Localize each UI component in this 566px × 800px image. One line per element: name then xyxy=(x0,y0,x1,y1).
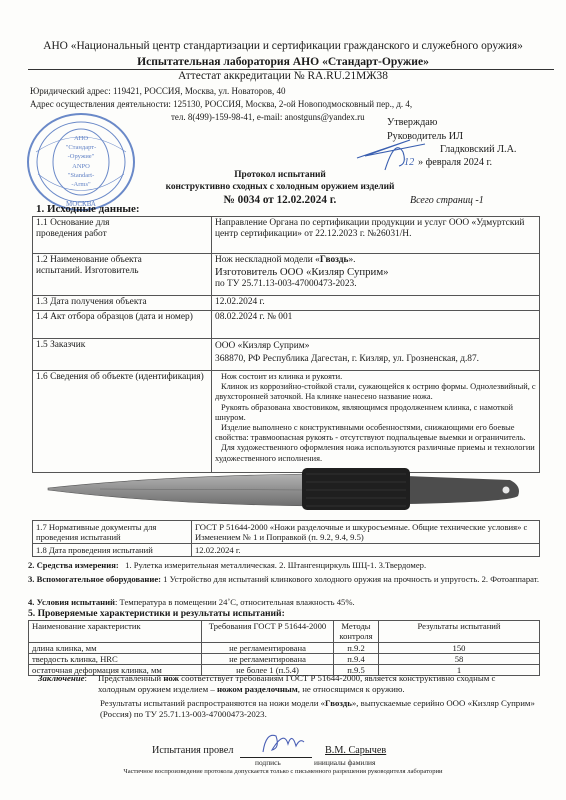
table-header-row: Наименование характеристик Требования ГО… xyxy=(29,621,540,643)
table-row: 1.6 Сведения об объекте (идентификация) … xyxy=(33,371,540,473)
row-key: 1.5 Заказчик xyxy=(33,339,212,371)
table-row: длина клинка, мм не регламентирована п.9… xyxy=(29,643,540,654)
row-key: 1.6 Сведения об объекте (идентификация) xyxy=(33,371,212,473)
cell: длина клинка, мм xyxy=(29,643,202,654)
table-row: 1.4 Акт отбора образцов (дата и номер) 0… xyxy=(33,311,540,339)
section-1-heading: 1. Исходные данные: xyxy=(36,203,140,215)
source-data-table: 1.1 Основание для проведения работ Напра… xyxy=(32,216,540,473)
row-key: 1.2 Наименование объекта испытаний. Изго… xyxy=(33,254,212,296)
laboratory-stamp-icon: АНО "Стандарт- -Оружие" ANPO "Standart- … xyxy=(26,112,136,212)
section-2: 2. Средства измерения: 1. Рулетка измери… xyxy=(28,560,558,570)
performed-by-label: Испытания провел xyxy=(152,745,233,756)
legal-address: Юридический адрес: 119421, РОССИЯ, Москв… xyxy=(30,86,285,96)
stamp-line: "Standart- xyxy=(68,172,94,179)
activity-address: Адрес осуществления деятельности: 125130… xyxy=(30,99,412,109)
performer-name: В.М. Сарычев xyxy=(325,745,386,756)
stamp-line: ANPO xyxy=(72,163,90,170)
row-key: 1.1 Основание для проведения работ xyxy=(33,217,212,254)
accreditation-number: Аттестат аккредитации № RA.RU.21МЖ38 xyxy=(0,70,566,82)
row-key: 1.8 Дата проведения испытаний xyxy=(33,544,192,557)
column-header: Методы контроля xyxy=(334,621,379,643)
table-row: 1.8 Дата проведения испытаний 12.02.2024… xyxy=(33,544,540,557)
cell: твердость клинка, HRC xyxy=(29,654,202,665)
approve-label: Утверждаю xyxy=(387,117,437,128)
table-row: твердость клинка, HRC не регламентирован… xyxy=(29,654,540,665)
section-4: 4. Условия испытаний: Температура в поме… xyxy=(28,597,558,607)
cell: п.9.4 xyxy=(334,654,379,665)
stamp-line: АНО xyxy=(74,135,88,142)
section-5-heading: 5. Проверяемые характеристики и результа… xyxy=(28,608,285,619)
performer-signature-icon xyxy=(258,728,308,758)
column-header: Требования ГОСТ Р 51644-2000 xyxy=(202,621,334,643)
name-caption: инициалы фамилия xyxy=(314,758,375,767)
conclusion-scope: Результаты испытаний распространяются на… xyxy=(100,698,540,721)
approver-signature-icon xyxy=(355,130,445,175)
row-value: 12.02.2024 г. xyxy=(212,296,540,311)
stamp-line: "Стандарт- xyxy=(66,144,97,151)
table-row: 1.5 Заказчик ООО «Кизляр Суприм» 368870,… xyxy=(33,339,540,371)
table-row: 1.2 Наименование объекта испытаний. Изго… xyxy=(33,254,540,296)
stamp-line: -Arms" xyxy=(71,181,91,188)
section-3: 3. Вспомогательное оборудование: 1 Устро… xyxy=(28,574,558,584)
conclusion-label: Заключение: xyxy=(38,673,87,684)
organization-name: АНО «Национальный центр стандартизации и… xyxy=(0,40,566,52)
protocol-subtitle: конструктивно сходных с холодным оружием… xyxy=(130,182,430,192)
row-value: 08.02.2024 г. № 001 xyxy=(212,311,540,339)
total-pages: Всего страниц -1 xyxy=(410,195,484,206)
contacts: тел. 8(499)-159-98-41, e-mail: anostguns… xyxy=(171,112,365,122)
laboratory-name: Испытательная лаборатория АНО «Стандарт-… xyxy=(0,55,566,68)
row-value: Нож нескладной модели «Гвоздь». Изготови… xyxy=(212,254,540,296)
row-value: ООО «Кизляр Суприм» 368870, РФ Республик… xyxy=(212,339,540,371)
column-header: Наименование характеристик xyxy=(29,621,202,643)
results-table: Наименование характеристик Требования ГО… xyxy=(28,620,540,676)
approval-day: 12 xyxy=(404,157,414,168)
protocol-number: № 0034 от 12.02.2024 г. xyxy=(150,194,410,206)
conclusion-text: Представленный нож соответствует требова… xyxy=(98,673,518,696)
row-value: Направление Органа по сертификации проду… xyxy=(212,217,540,254)
normative-docs-table: 1.7 Нормативные документы для проведения… xyxy=(32,520,540,557)
cell: 58 xyxy=(379,654,540,665)
reproduction-notice: Частичное воспроизведение протокола допу… xyxy=(0,768,566,775)
approval-date: » февраля 2024 г. xyxy=(418,157,492,168)
row-key: 1.7 Нормативные документы для проведения… xyxy=(33,521,192,544)
table-row: 1.1 Основание для проведения работ Напра… xyxy=(33,217,540,254)
table-row: 1.7 Нормативные документы для проведения… xyxy=(33,521,540,544)
object-description: Нож состоит из клинка и рукояти. Клинок … xyxy=(212,371,540,473)
knife-photo xyxy=(40,462,540,517)
stamp-line: -Оружие" xyxy=(68,153,95,160)
protocol-title: Протокол испытаний xyxy=(150,170,410,180)
cell: п.9.2 xyxy=(334,643,379,654)
row-value: ГОСТ Р 51644-2000 «Ножи разделочные и шк… xyxy=(192,521,540,544)
cell: 150 xyxy=(379,643,540,654)
table-row: 1.3 Дата получения объекта 12.02.2024 г. xyxy=(33,296,540,311)
row-value: 12.02.2024 г. xyxy=(192,544,540,557)
signature-caption: подпись xyxy=(255,758,281,767)
column-header: Результаты испытаний xyxy=(379,621,540,643)
cell: не регламентирована xyxy=(202,643,334,654)
row-key: 1.3 Дата получения объекта xyxy=(33,296,212,311)
row-key: 1.4 Акт отбора образцов (дата и номер) xyxy=(33,311,212,339)
cell: не регламентирована xyxy=(202,654,334,665)
approver-name: Гладковский Л.А. xyxy=(440,144,516,155)
